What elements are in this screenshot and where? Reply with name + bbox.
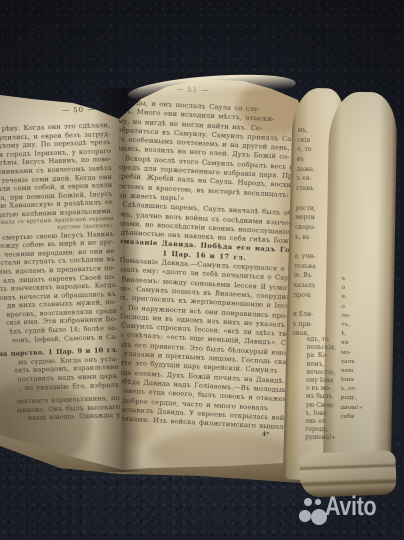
avito-watermark-label: Avito — [325, 491, 376, 522]
text-line: скоро- — [295, 224, 317, 234]
avito-circles-logo-icon — [304, 498, 312, 506]
text-line: мерти — [295, 214, 317, 224]
text-line: о — [341, 303, 363, 312]
text-line: въ — [297, 156, 319, 166]
text-line: ною — [341, 368, 363, 377]
text-line — [296, 195, 318, 205]
curled-page-text-fragments: ъоя.оло-тъ,ѣ,нямо-халъноюІонаъ, от-роду,… — [340, 276, 363, 423]
text-line: о — [341, 285, 363, 294]
text-line: а, учи- — [294, 253, 316, 263]
text-line: ло- — [341, 313, 363, 322]
text-line: даже. — [297, 165, 319, 175]
text-line: себя — [340, 414, 362, 423]
text-line: скія — [297, 136, 319, 146]
text-line: прочі — [293, 291, 315, 301]
text-line: роду, — [341, 395, 363, 404]
text-line: іе. Въ — [294, 272, 316, 282]
text-line: шена!» — [340, 405, 362, 414]
text-line: е, то — [297, 146, 319, 156]
text-line: ъ при- — [292, 320, 314, 330]
text-line: мъ, — [298, 127, 320, 137]
text-line: ъ, от- — [341, 386, 363, 395]
text-line: казалъ — [293, 282, 315, 292]
avito-watermark: Avito — [294, 488, 400, 534]
text-line: ъ — [342, 276, 364, 285]
text-line: ня — [341, 340, 363, 349]
text-line: и Ели- — [293, 311, 315, 321]
book-gutter-shadow — [94, 88, 142, 472]
text-line: рости, — [296, 204, 318, 214]
text-line: мо- — [341, 349, 363, 358]
text-line — [294, 243, 316, 253]
text-line — [293, 301, 315, 311]
text-line: тельна — [294, 262, 316, 272]
book-photo: — 50 — ли въ рѣку. Когда они это сдѣлали… — [0, 0, 404, 540]
text-line: ъ, въ — [295, 233, 317, 243]
text-line: ставъ — [296, 185, 318, 195]
text-line: ъ ея- — [296, 175, 318, 185]
avito-circles-logo-icon — [315, 499, 321, 505]
text-line: рушена!» — [305, 434, 335, 443]
text-line: Іона — [341, 377, 363, 386]
text-line: тъ, — [341, 322, 363, 331]
text-line: я. — [341, 294, 363, 303]
printer-signature-mark: 4* — [262, 431, 270, 438]
text-line: ѣ, — [341, 331, 363, 340]
avito-circles-logo-icon — [299, 510, 311, 522]
text-line: халъ — [341, 359, 363, 368]
curled-page-text-fragments: едъ, топольскія,ра. Ко-немъ,нечестіе,ему… — [305, 336, 337, 443]
